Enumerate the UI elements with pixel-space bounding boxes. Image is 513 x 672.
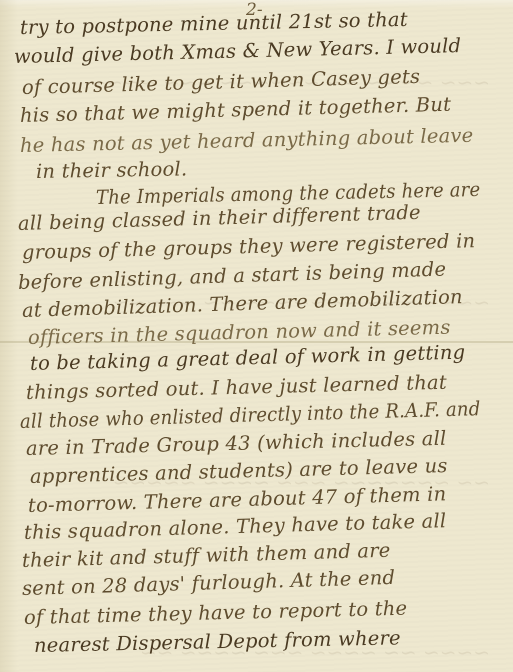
letter-line: all being classed in their different tra…: [18, 201, 421, 235]
letter-line: would give both Xmas & New Years. I woul…: [14, 34, 462, 68]
letter-line: sent on 28 days' furlough. At the end: [22, 566, 396, 600]
letter-line: of that time they have to report to the: [24, 597, 408, 629]
letter-line: try to postpone mine until 21st so that: [20, 8, 408, 39]
letter-page: ~~~ ~~~~ ~~ ~~~~~~ ~~~ ~~~~ ~~~~ ~~~ ~~~…: [0, 0, 513, 672]
letter-line: he has not as yet heard anything about l…: [20, 124, 474, 157]
letter-line: his so that we might spend it together. …: [20, 93, 452, 127]
letter-line: in their school.: [36, 157, 188, 183]
